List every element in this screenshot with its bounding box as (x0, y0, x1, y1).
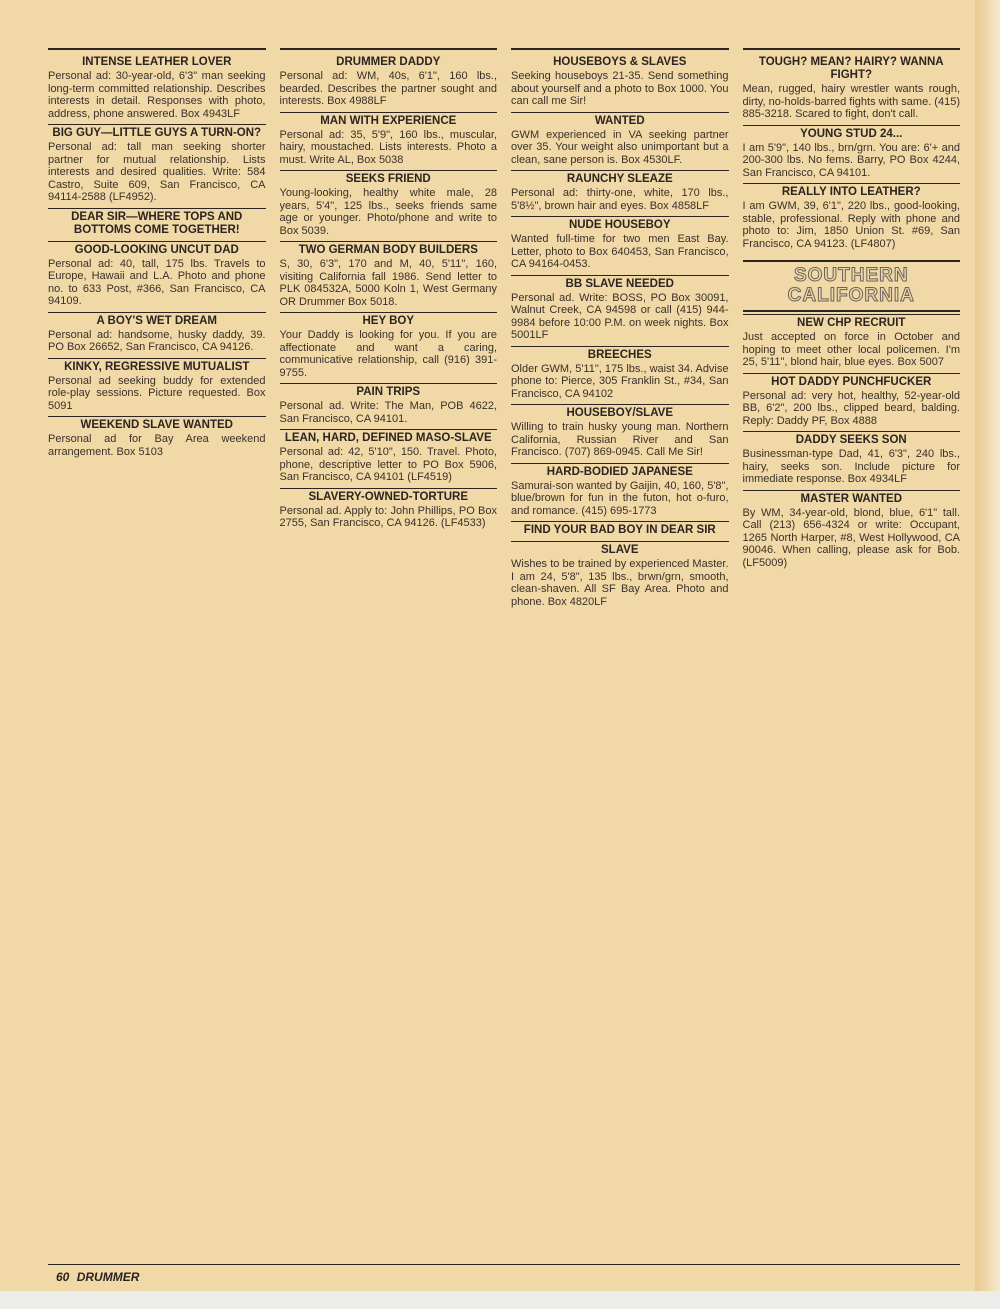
ad-heading: HARD-BODIED JAPANESE (511, 466, 729, 479)
ad-heading: DADDY SEEKS SON (743, 434, 961, 447)
classified-ad: BREECHESOlder GWM, 5'11", 175 lbs., wais… (511, 346, 729, 405)
classified-ad: FIND YOUR BAD BOY IN DEAR SIR (511, 521, 729, 541)
ad-body: Wanted full-time for two men East Bay. L… (511, 233, 729, 271)
ad-body: I am GWM, 39, 6'1", 220 lbs., good-looki… (743, 200, 961, 250)
ad-heading: HOT DADDY PUNCHFUCKER (743, 376, 961, 389)
ad-body: Personal ad for Bay Area weekend arrange… (48, 433, 266, 458)
ad-body: Personal ad. Write: BOSS, PO Box 30091, … (511, 292, 729, 342)
ad-body: Personal ad: tall man seeking shorter pa… (48, 141, 266, 204)
magazine-page: INTENSE LEATHER LOVERPersonal ad: 30-yea… (0, 0, 975, 1309)
ad-body: Samurai-son wanted by Gaijin, 40, 160, 5… (511, 480, 729, 518)
ad-heading: SEEKS FRIEND (280, 173, 498, 186)
ad-heading: WEEKEND SLAVE WANTED (48, 419, 266, 432)
ad-body: Just accepted on force in October and ho… (743, 331, 961, 369)
classified-ad: WEEKEND SLAVE WANTEDPersonal ad for Bay … (48, 416, 266, 462)
classified-ad: RAUNCHY SLEAZEPersonal ad: thirty-one, w… (511, 170, 729, 216)
ad-body: Personal ad: 40, tall, 175 lbs. Travels … (48, 258, 266, 308)
classified-ad: KINKY, REGRESSIVE MUTUALISTPersonal ad s… (48, 358, 266, 417)
ad-body: Personal ad. Apply to: John Phillips, PO… (280, 505, 498, 530)
classified-ad: A BOY'S WET DREAMPersonal ad: handsome, … (48, 312, 266, 358)
classified-ad: SEEKS FRIENDYoung-looking, healthy white… (280, 170, 498, 241)
page-edge (975, 0, 1000, 1309)
classified-ad: DRUMMER DADDYPersonal ad: WM, 40s, 6'1",… (280, 54, 498, 112)
ad-heading: YOUNG STUD 24... (743, 128, 961, 141)
classified-ad: REALLY INTO LEATHER?I am GWM, 39, 6'1", … (743, 183, 961, 254)
classified-ad: DEAR SIR—WHERE TOPS AND BOTTOMS COME TOG… (48, 208, 266, 241)
ad-heading: NUDE HOUSEBOY (511, 219, 729, 232)
ad-body: Personal ad seeking buddy for extended r… (48, 375, 266, 413)
ad-body: Mean, rugged, hairy wrestler wants rough… (743, 83, 961, 121)
magazine-name: DRUMMER (77, 1270, 140, 1284)
ad-heading: BIG GUY—LITTLE GUYS A TURN-ON? (48, 127, 266, 140)
ad-heading: RAUNCHY SLEAZE (511, 173, 729, 186)
column-3: HOUSEBOYS & SLAVESSeeking houseboys 21-3… (511, 48, 729, 1260)
ad-heading: HEY BOY (280, 315, 498, 328)
ad-body: Willing to train husky young man. Northe… (511, 421, 729, 459)
ad-heading: MAN WITH EXPERIENCE (280, 115, 498, 128)
classified-ad: MAN WITH EXPERIENCEPersonal ad: 35, 5'9"… (280, 112, 498, 171)
classified-ad: WANTEDGWM experienced in VA seeking part… (511, 112, 729, 171)
page-folio: 60 DRUMMER (56, 1270, 139, 1284)
ad-heading: SLAVERY-OWNED-TORTURE (280, 491, 498, 504)
column-2: DRUMMER DADDYPersonal ad: WM, 40s, 6'1",… (280, 48, 498, 1260)
classified-ad: INTENSE LEATHER LOVERPersonal ad: 30-yea… (48, 54, 266, 124)
classified-ad: SLAVERY-OWNED-TORTUREPersonal ad. Apply … (280, 488, 498, 534)
ad-body: S, 30, 6'3", 170 and M, 40, 5'11", 160, … (280, 258, 498, 308)
ad-heading: NEW CHP RECRUIT (743, 317, 961, 330)
ad-body: Personal ad: handsome, husky daddy, 39. … (48, 329, 266, 354)
ad-body: Personal ad. Write: The Man, POB 4622, S… (280, 400, 498, 425)
column-4: TOUGH? MEAN? HAIRY? WANNA FIGHT?Mean, ru… (743, 48, 961, 1260)
ad-body: Personal ad: very hot, healthy, 52-year-… (743, 390, 961, 428)
ad-heading: A BOY'S WET DREAM (48, 315, 266, 328)
classified-ad: NEW CHP RECRUITJust accepted on force in… (743, 314, 961, 373)
ad-heading: BB SLAVE NEEDED (511, 278, 729, 291)
classified-ad: LEAN, HARD, DEFINED MASO-SLAVEPersonal a… (280, 429, 498, 488)
ad-heading: BREECHES (511, 349, 729, 362)
classified-ad: TWO GERMAN BODY BUILDERSS, 30, 6'3", 170… (280, 241, 498, 312)
ad-body: Businessman-type Dad, 41, 6'3", 240 lbs.… (743, 448, 961, 486)
ad-body: Your Daddy is looking for you. If you ar… (280, 329, 498, 379)
classified-ad: TOUGH? MEAN? HAIRY? WANNA FIGHT?Mean, ru… (743, 54, 961, 125)
classified-ad: MASTER WANTEDBy WM, 34-year-old, blond, … (743, 490, 961, 574)
ad-body: By WM, 34-year-old, blond, blue, 6'1" ta… (743, 507, 961, 570)
ad-heading: PAIN TRIPS (280, 386, 498, 399)
ad-heading: GOOD-LOOKING UNCUT DAD (48, 244, 266, 257)
classified-ad: PAIN TRIPSPersonal ad. Write: The Man, P… (280, 383, 498, 429)
ad-heading: INTENSE LEATHER LOVER (48, 56, 266, 69)
ad-body: I am 5'9", 140 lbs., brn/grn. You are: 6… (743, 142, 961, 180)
ad-heading: KINKY, REGRESSIVE MUTUALIST (48, 361, 266, 374)
classified-ad: YOUNG STUD 24...I am 5'9", 140 lbs., brn… (743, 125, 961, 184)
ad-heading: DEAR SIR—WHERE TOPS AND BOTTOMS COME TOG… (48, 211, 266, 237)
ad-heading: LEAN, HARD, DEFINED MASO-SLAVE (280, 432, 498, 445)
classified-ad: DADDY SEEKS SONBusinessman-type Dad, 41,… (743, 431, 961, 490)
classified-ad: NUDE HOUSEBOYWanted full-time for two me… (511, 216, 729, 275)
ad-body: Wishes to be trained by experienced Mast… (511, 558, 729, 608)
ad-heading: HOUSEBOYS & SLAVES (511, 56, 729, 69)
classified-ad: HEY BOYYour Daddy is looking for you. If… (280, 312, 498, 383)
ad-heading: FIND YOUR BAD BOY IN DEAR SIR (511, 524, 729, 537)
classified-ad: HOUSEBOY/SLAVEWilling to train husky you… (511, 404, 729, 463)
ad-heading: DRUMMER DADDY (280, 56, 498, 69)
scan-background (0, 1291, 1000, 1309)
ad-body: Personal ad: 35, 5'9", 160 lbs., muscula… (280, 129, 498, 167)
ad-body: Personal ad: thirty-one, white, 170 lbs.… (511, 187, 729, 212)
ad-heading: WANTED (511, 115, 729, 128)
ad-heading: MASTER WANTED (743, 493, 961, 506)
section-header: SOUTHERN CALIFORNIA (743, 260, 961, 312)
ad-body: GWM experienced in VA seeking partner ov… (511, 129, 729, 167)
footer-rule (48, 1264, 960, 1265)
column-1: INTENSE LEATHER LOVERPersonal ad: 30-yea… (48, 48, 266, 1260)
ad-body: Seeking houseboys 21-35. Send something … (511, 70, 729, 108)
ad-body: Personal ad: WM, 40s, 6'1", 160 lbs., be… (280, 70, 498, 108)
page-number: 60 (56, 1270, 69, 1284)
classified-ad: SLAVEWishes to be trained by experienced… (511, 541, 729, 612)
ad-heading: HOUSEBOY/SLAVE (511, 407, 729, 420)
ad-body: Personal ad: 42, 5'10", 150. Travel. Pho… (280, 446, 498, 484)
classified-ad: HARD-BODIED JAPANESESamurai-son wanted b… (511, 463, 729, 522)
ad-body: Personal ad: 30-year-old, 6'3" man seeki… (48, 70, 266, 120)
classified-ad: BIG GUY—LITTLE GUYS A TURN-ON?Personal a… (48, 124, 266, 208)
classified-ad: HOT DADDY PUNCHFUCKERPersonal ad: very h… (743, 373, 961, 432)
classified-columns: INTENSE LEATHER LOVERPersonal ad: 30-yea… (48, 48, 960, 1260)
ad-heading: SLAVE (511, 544, 729, 557)
ad-body: Older GWM, 5'11", 175 lbs., waist 34. Ad… (511, 363, 729, 401)
classified-ad: HOUSEBOYS & SLAVESSeeking houseboys 21-3… (511, 54, 729, 112)
ad-heading: TOUGH? MEAN? HAIRY? WANNA FIGHT? (743, 56, 961, 82)
ad-body: Young-looking, healthy white male, 28 ye… (280, 187, 498, 237)
classified-ad: GOOD-LOOKING UNCUT DADPersonal ad: 40, t… (48, 241, 266, 312)
ad-heading: REALLY INTO LEATHER? (743, 186, 961, 199)
classified-ad: BB SLAVE NEEDEDPersonal ad. Write: BOSS,… (511, 275, 729, 346)
ad-heading: TWO GERMAN BODY BUILDERS (280, 244, 498, 257)
